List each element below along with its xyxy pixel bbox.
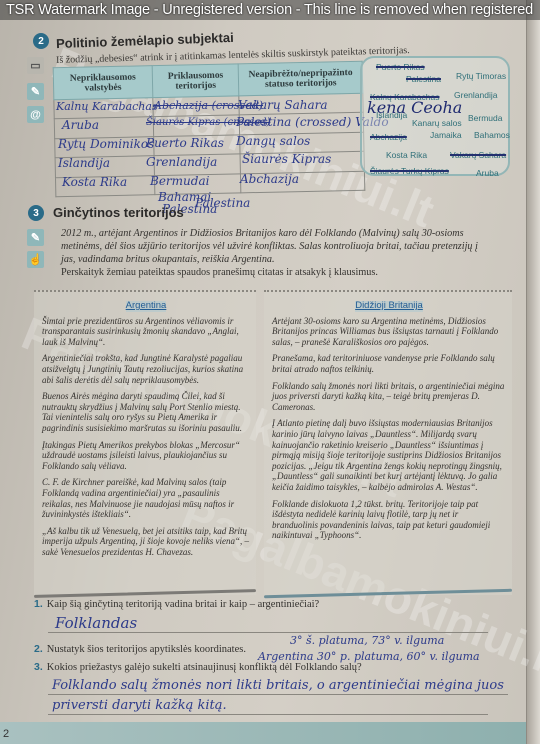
- page-number: 2: [3, 728, 9, 740]
- task-3-intro: 2012 m., artėjant Argentinos ir Didžiosi…: [61, 227, 491, 279]
- question-3: 3.Kokios priežastys galėjo sukelti atsin…: [34, 661, 362, 673]
- title-handwriting: Palestina: [195, 196, 250, 210]
- page-edge: [526, 0, 540, 744]
- task-number-badge: 3: [28, 205, 44, 221]
- cloud-word[interactable]: Abchazija: [370, 132, 407, 142]
- watermark-banner: TSR Watermark Image - Unregistered versi…: [0, 0, 540, 20]
- at-icon: @: [27, 106, 44, 123]
- cloud-handwriting: kena Ceoha: [367, 98, 462, 117]
- column-header-dependent: Priklausomos teritorijos: [152, 64, 239, 98]
- task-number-badge: 2: [33, 33, 49, 49]
- argentina-heading: Argentina: [126, 301, 167, 312]
- cloud-word[interactable]: Rytų Timoras: [456, 71, 506, 81]
- answer-line: [48, 694, 508, 695]
- answer-3[interactable]: Folklando salų žmonės nori likti britais…: [52, 676, 522, 716]
- answer-line: [48, 632, 488, 633]
- cloud-word[interactable]: Vakarų Sahara: [450, 150, 506, 160]
- answer-2-top[interactable]: 3° š. platuma, 73° v. ilguma: [290, 634, 444, 647]
- britain-heading: Didžioji Britanija: [355, 301, 423, 312]
- book-icon: ▭: [27, 57, 44, 74]
- cloud-word[interactable]: Bermuda: [468, 113, 503, 123]
- answer-line: [48, 714, 488, 715]
- question-1: 1.Kaip šią ginčytiną teritoriją vadina b…: [34, 598, 319, 610]
- cloud-word[interactable]: Bahamos: [474, 130, 510, 140]
- cloud-word[interactable]: Kosta Rika: [386, 150, 427, 160]
- britain-quotes: Didžioji Britanija Artėjant 30-osioms ka…: [264, 290, 512, 595]
- cloud-word[interactable]: Palestina: [406, 74, 441, 84]
- pen-icon: ✎: [27, 83, 44, 100]
- question-2: 2.Nustatyk šios teritorijos apytikslės k…: [34, 643, 246, 655]
- cloud-word[interactable]: Aruba: [476, 168, 499, 178]
- cloud-word[interactable]: Kanarų salos: [412, 118, 462, 128]
- argentina-quotes: Argentina Šimtai prie prezidentūros su A…: [34, 290, 256, 595]
- pen-icon: ✎: [27, 229, 44, 246]
- cloud-word[interactable]: Puerto Rikas: [376, 62, 425, 72]
- task-3-title: Ginčytinos teritorijos: [53, 205, 184, 220]
- task-2-title: Politinio žemėlapio subjektai: [56, 30, 234, 51]
- column-header-undefined: Neapibrėžto/nepripažinto statuso teritor…: [239, 61, 363, 96]
- cloud-word[interactable]: Jamaika: [430, 130, 462, 140]
- column-header-independent: Nepriklausomos valstybės: [53, 66, 153, 100]
- hand-icon: ☝: [27, 251, 44, 268]
- cloud-word[interactable]: Šiaurės Turkų Kipras: [370, 166, 449, 176]
- answer-1[interactable]: Folklandas: [55, 614, 137, 632]
- page-footer-band: [0, 722, 526, 744]
